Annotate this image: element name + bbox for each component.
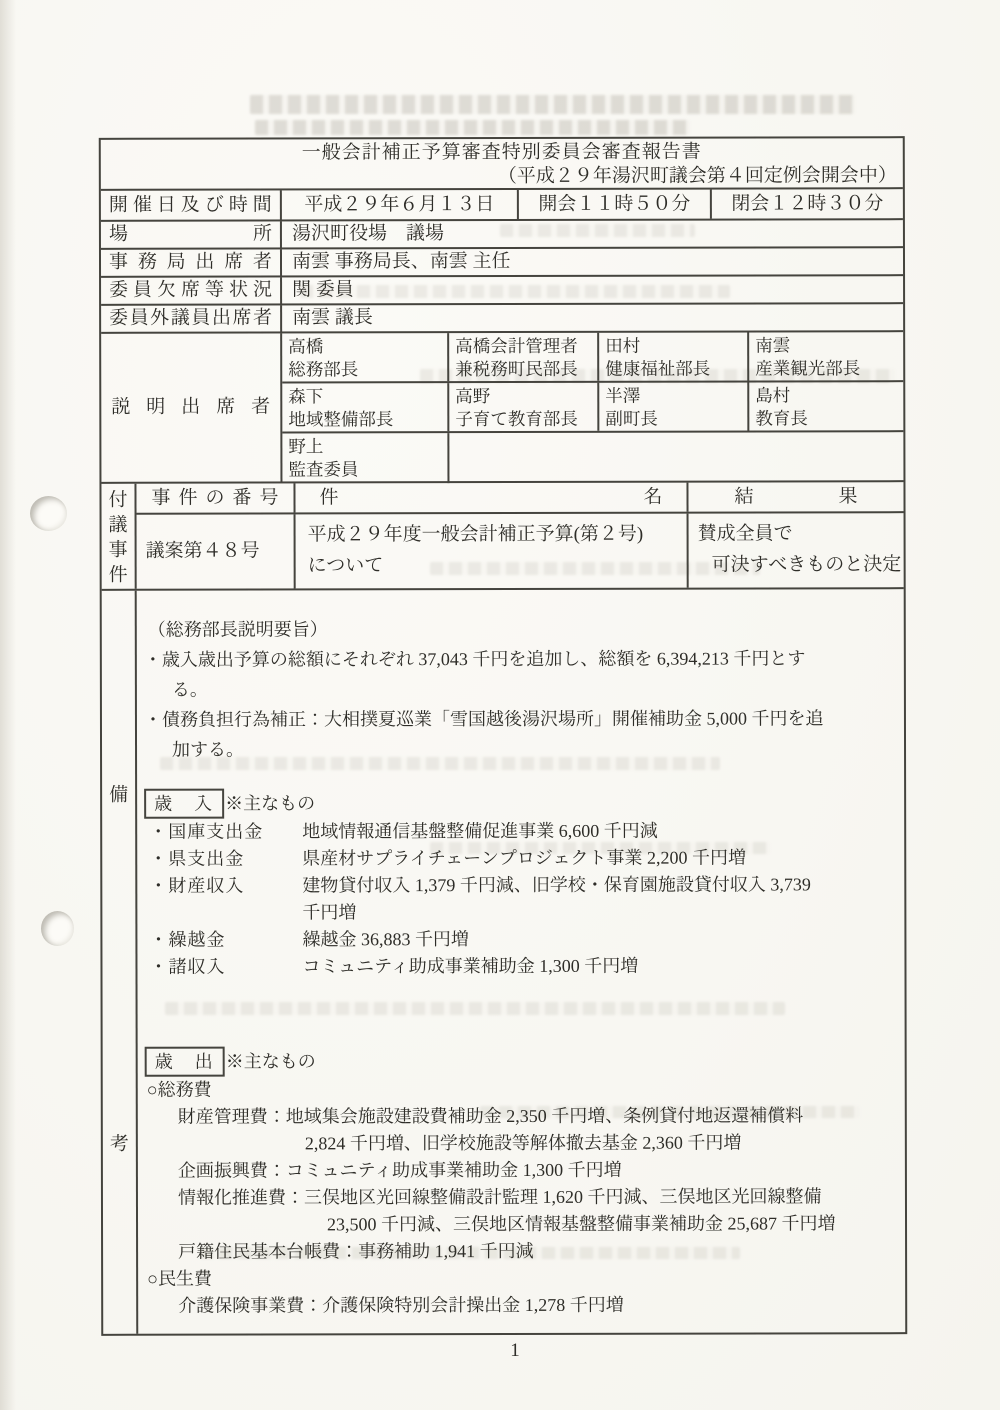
revenue-desc-line2: 千円増: [302, 898, 904, 926]
agenda-result-line1: 賛成全員で: [698, 518, 904, 549]
agenda-bill-name-line2: について: [308, 550, 687, 582]
report-subtitle: （平成２９年湯沢町議会第４回定例会開会中）: [101, 164, 903, 190]
summary-line: ・債務負担行為補正：大相撲夏巡業「雪国越後湯沢場所」開催補助金 5,000 千円…: [144, 703, 904, 735]
revenue-term: ・諸収入: [144, 953, 302, 980]
report-title: 一般会計補正予算審査特別委員会審査報告書: [101, 140, 903, 166]
explainer-name: 島村: [755, 384, 897, 407]
explainer-name: 半澤: [605, 385, 741, 408]
explainers-grid: 高橋 総務部長 高橋会計管理者 兼税務町民部長 田村 健康福祉部長 南雲 産業観…: [282, 332, 903, 481]
scan-edge-shadow: [0, 0, 16, 1410]
row-observer: 委員外議員出席者 南雲 議長: [101, 304, 903, 334]
explainer-name: 高橋会計管理者: [455, 335, 591, 358]
agenda-bill-number: 議案第４８号: [137, 514, 296, 588]
explainer-title: 地域整備部長: [288, 408, 441, 431]
revenue-boxed-label: 歳 入: [144, 789, 224, 819]
bleedthrough-smudge: [255, 120, 690, 135]
explainer-cell: 高橋会計管理者 兼税務町民部長: [449, 333, 599, 381]
explainers-row: 野上 監査委員: [282, 432, 903, 483]
agenda-result-line2: 可決すべきものと決定: [698, 549, 904, 580]
explainers-row: 森下 地域整備部長 高野 子育て教育部長 半澤 副町長 島村 教育長: [282, 382, 903, 433]
explainer-title: 子育て教育部長: [455, 408, 591, 431]
remarks-side-label: 備考: [102, 591, 139, 1334]
explainer-cell: 高橋 総務部長: [282, 333, 449, 381]
agenda-result: 賛成全員で 可決すべきものと決定: [689, 513, 904, 587]
label-observer: 委員外議員出席者: [101, 305, 282, 331]
revenue-term: ・国庫支出金: [144, 818, 302, 845]
explainer-title: 健康福祉部長: [605, 358, 741, 381]
explainer-name: 南雲: [755, 334, 897, 357]
secretariat-value: 南雲 事務局長、南雲 主任: [282, 248, 903, 275]
agenda-table: 事件の番号 件名 結果 議案第４８号 平成２９年度一般会計補正予算(第２号) に…: [136, 482, 903, 589]
row-datetime: 開催日及び時間 平成２９年６月１３日 開会１１時５０分 閉会１２時３０分: [101, 189, 903, 222]
explainer-title: 兼税務町民部長: [455, 358, 591, 381]
bleedthrough-smudge: [250, 95, 855, 114]
explainer-cell-empty: [449, 432, 903, 483]
expenditure-note: ※主なもの: [226, 1046, 316, 1076]
revenue-item: ・国庫支出金 地域情報通信基盤整備促進事業 6,600 千円減: [144, 817, 904, 846]
revenue-note: ※主なもの: [225, 788, 315, 818]
agenda-header-name: 件名: [295, 483, 688, 513]
revenue-section-label: 歳 入 ※主なもの: [144, 787, 904, 819]
explainer-title: 総務部長: [288, 358, 441, 381]
revenue-item: ・諸収入 コミュニティ助成事業補助金 1,300 千円増: [144, 952, 904, 981]
page-number: 1: [100, 1340, 930, 1362]
revenue-term: ・県支出金: [144, 845, 302, 872]
summary-line: 加する。: [144, 733, 904, 765]
row-secretariat: 事務局出席者 南雲 事務局長、南雲 主任: [101, 248, 903, 278]
revenue-desc: 繰越金 36,883 千円増: [302, 925, 904, 953]
agenda-header-result: 結果: [688, 482, 903, 511]
hole-punch-top: [30, 496, 67, 531]
expenditure-line: 23,500 千円減、三俣地区情報基盤整備事業補助金 25,687 千円増: [145, 1210, 905, 1239]
revenue-item: ・県支出金 県産材サプライチェーンプロジェクト事業 2,200 千円増: [144, 844, 904, 873]
expenditure-boxed-label: 歳 出: [145, 1047, 225, 1077]
agenda-side-label: 付議事件: [101, 484, 136, 589]
expenditure-line: 企画振興費：コミュニティ助成事業補助金 1,300 千円増: [145, 1156, 905, 1185]
agenda-block: 付議事件 事件の番号 件名 結果 議案第４８号 平成２９年度一般会計補正予算(第…: [101, 482, 903, 591]
explainer-name: 高野: [455, 385, 591, 408]
scanned-report-page: 一般会計補正予算審査特別委員会審査報告書 （平成２９年湯沢町議会第４回定例会開会…: [0, 0, 1000, 1410]
explainer-name: 高橋: [288, 335, 441, 358]
observer-value: 南雲 議長: [282, 304, 903, 331]
label-place: 場所: [101, 221, 282, 247]
revenue-term: ・財産収入: [144, 872, 302, 926]
expenditure-category: ○総務費: [145, 1075, 905, 1104]
explainer-title: 教育長: [755, 407, 897, 430]
revenue-desc-line1: 建物貸付収入 1,379 千円減、旧学校・保育園施設貸付収入 3,739: [302, 871, 904, 899]
expenditure-line: 介護保険事業費：介護保険特別会計操出金 1,278 千円増: [145, 1291, 905, 1320]
remarks-heading: （総務部長説明要旨）: [144, 613, 904, 645]
revenue-desc: コミュニティ助成事業補助金 1,300 千円増: [302, 952, 904, 980]
meeting-date: 平成２９年６月１３日: [282, 190, 519, 219]
row-explainers: 説明出席者 高橋 総務部長 高橋会計管理者 兼税務町民部長 田村 健康福祉部長: [101, 332, 903, 484]
expenditure-category: ○民生費: [145, 1264, 905, 1293]
revenue-desc: 県産材サプライチェーンプロジェクト事業 2,200 千円増: [302, 844, 904, 872]
explainer-title: 監査委員: [288, 458, 441, 481]
label-datetime: 開催日及び時間: [101, 190, 282, 219]
expenditure-line: 2,824 千円増、旧学校施設等解体撤去基金 2,360 千円増: [145, 1129, 905, 1158]
revenue-desc: 地域情報通信基盤整備促進事業 6,600 千円減: [302, 817, 904, 845]
summary-line: る。: [144, 673, 904, 705]
remarks-content: （総務部長説明要旨） ・歳入歳出予算の総額にそれぞれ 37,043 千円を追加し…: [137, 589, 906, 1334]
revenue-item: ・財産収入 建物貸付収入 1,379 千円減、旧学校・保育園施設貸付収入 3,7…: [144, 871, 904, 927]
explainer-title: 副町長: [605, 408, 741, 431]
label-explainers: 説明出席者: [101, 333, 282, 481]
expenditure-line: 財産管理費：地域集会施設建設費補助金 2,350 千円増、条例貸付地返還補償料: [145, 1102, 905, 1131]
agenda-header-row: 事件の番号 件名 結果: [136, 482, 903, 515]
expenditure-line: 情報化推進費：三俣地区光回線整備設計監理 1,620 千円減、三俣地区光回線整備: [145, 1183, 905, 1212]
explainer-name: 森下: [288, 385, 441, 408]
explainer-cell: 南雲 産業観光部長: [749, 332, 903, 380]
revenue-term: ・繰越金: [144, 926, 302, 953]
report-table: 一般会計補正予算審査特別委員会審査報告書 （平成２９年湯沢町議会第４回定例会開会…: [99, 136, 908, 1336]
expenditure-line: 戸籍住民基本台帳費：事務補助 1,941 千円減: [145, 1237, 905, 1266]
explainer-cell: 高野 子育て教育部長: [449, 383, 599, 431]
open-time: 開会１１時５０分: [519, 190, 712, 219]
explainer-cell: 田村 健康福祉部長: [599, 332, 749, 380]
expenditure-section-label: 歳 出 ※主なもの: [145, 1045, 905, 1077]
agenda-bill-name: 平成２９年度一般会計補正予算(第２号) について: [296, 514, 689, 589]
explainer-name: 田村: [605, 335, 741, 358]
explainer-cell: 野上 監査委員: [282, 433, 449, 483]
remarks-block: 備考 （総務部長説明要旨） ・歳入歳出予算の総額にそれぞれ 37,043 千円を…: [102, 589, 906, 1334]
hole-punch-bottom: [41, 911, 74, 946]
revenue-desc: 建物貸付収入 1,379 千円減、旧学校・保育園施設貸付収入 3,739 千円増: [302, 871, 904, 926]
row-place: 場所 湯沢町役場 議場: [101, 220, 903, 250]
agenda-header-number: 事件の番号: [136, 483, 295, 512]
explainer-cell: 森下 地域整備部長: [282, 383, 449, 431]
label-secretariat: 事務局出席者: [101, 249, 282, 275]
absent-value: 関 委員: [282, 276, 903, 303]
summary-line: ・歳入歳出予算の総額にそれぞれ 37,043 千円を追加し、総額を 6,394,…: [144, 643, 904, 675]
explainer-title: 産業観光部長: [755, 357, 897, 380]
explainer-cell: 半澤 副町長: [599, 382, 749, 430]
explainer-name: 野上: [288, 435, 441, 458]
title-block: 一般会計補正予算審査特別委員会審査報告書 （平成２９年湯沢町議会第４回定例会開会…: [101, 138, 903, 191]
close-time: 閉会１２時３０分: [712, 189, 903, 218]
label-absent: 委員欠席等状況: [101, 277, 282, 303]
agenda-data-row: 議案第４８号 平成２９年度一般会計補正予算(第２号) について 賛成全員で 可決…: [137, 513, 904, 589]
explainers-row: 高橋 総務部長 高橋会計管理者 兼税務町民部長 田村 健康福祉部長 南雲 産業観…: [282, 332, 903, 383]
explainer-cell: 島村 教育長: [749, 382, 903, 430]
revenue-item: ・繰越金 繰越金 36,883 千円増: [144, 925, 904, 954]
row-absent: 委員欠席等状況 関 委員: [101, 276, 903, 306]
place-value: 湯沢町役場 議場: [282, 220, 903, 247]
agenda-bill-name-line1: 平成２９年度一般会計補正予算(第２号): [308, 519, 687, 551]
